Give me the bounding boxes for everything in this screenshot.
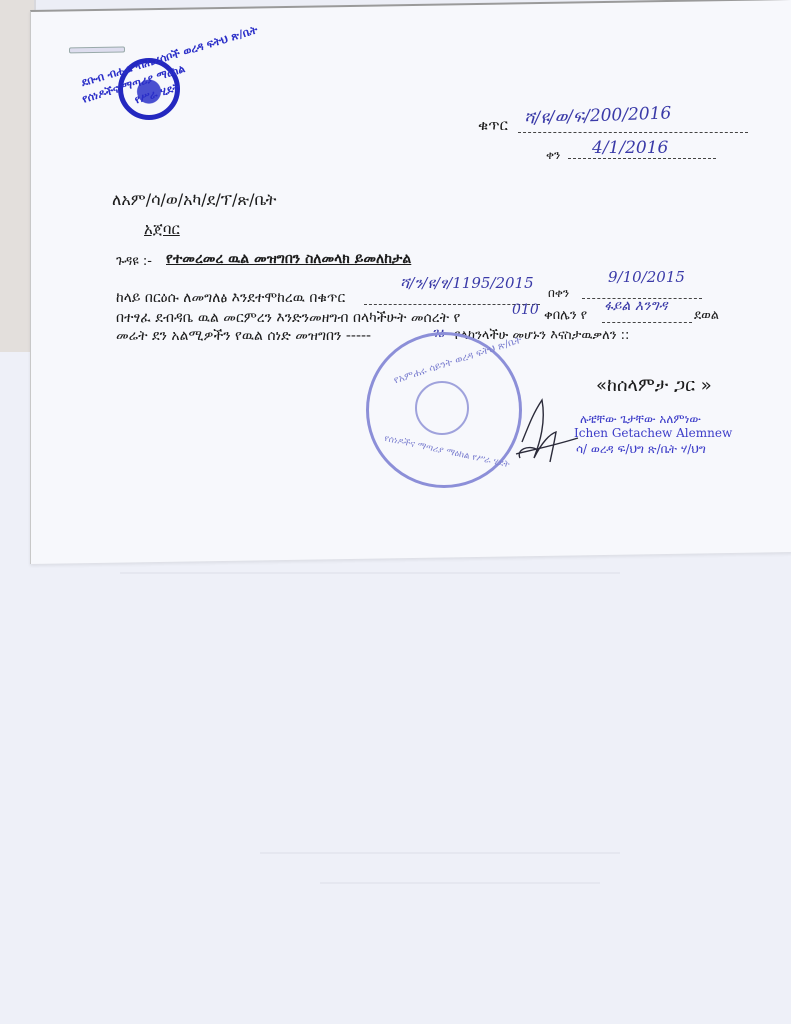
body-line1-text: ከላይ በርዕሱ ለመግለፅ እንደተሞከረዉ በቁጥር [116,290,345,306]
body-line2-mid: ቀበሌን የ [544,308,587,323]
salutation: አጀባር [144,220,180,238]
seal-bottom-text: የሰነዶችና ማጣሪያ ማዕከል የሥራ ሂደት [383,434,510,470]
body-line3-text: መሬት ደን አልሚዎችን የዉል ሰነድ መዝግበን ----- [116,328,371,344]
handwritten-signature [512,392,582,472]
body-line2-text: በተፃፈ ደብዳቤ ዉል መርምረን እንድንመዘግብ በላካችሁት መሰረት … [116,310,460,326]
body-line2-end: ደወል [694,308,719,323]
seal-emblem-icon [415,381,469,435]
subject-text: የተመረመረ ዉል መዝግበን ስለመላክ ይመለከታል [166,251,411,267]
body-line1-date: 9/10/2015 [608,268,685,286]
subject-label: ጉዳዩ :- [116,254,152,269]
signatory-latin-name: Ichen Getachew Alemnew [574,426,732,440]
body-line2-name: ፋይል እንግዳ [604,298,667,314]
seal-top-text: የአምሐሩ ሳይንት ወረዳ ፍትህ ጽ/ቤት [393,335,523,387]
closing: «ከሰላምታ ጋር » [596,375,712,396]
date-label: ቀን [546,148,560,163]
body-line1-ref: ሻ/ን/ዩ/ፃ/1195/2015 [400,274,534,292]
date-value: 4/1/2016 [592,138,668,158]
recipient: ለአም/ሳ/ወ/አካ/ደ/ፕ/ጽ/ቤት [112,190,276,210]
reference-label: ቁጥር [478,116,508,134]
body-line1-date-label: በቀን [548,286,569,301]
body-line2-amount: 010 [512,302,539,318]
staple-mark [69,47,125,54]
signatory-amharic-name: ሉቼቸው ጌታቸው አለምነው [580,412,701,427]
reference-line [518,132,748,133]
signatory-title: ሳ/ ወረዳ ፍ/ህግ ጽ/ቤት ሃ/ህግ [576,442,706,457]
date-line [568,158,716,159]
body-line2-name-blank [602,322,692,323]
official-round-seal: የአምሐሩ ሳይንት ወረዳ ፍትህ ጽ/ቤት የሰነዶችና ማጣሪያ ማዕከል… [366,332,522,488]
